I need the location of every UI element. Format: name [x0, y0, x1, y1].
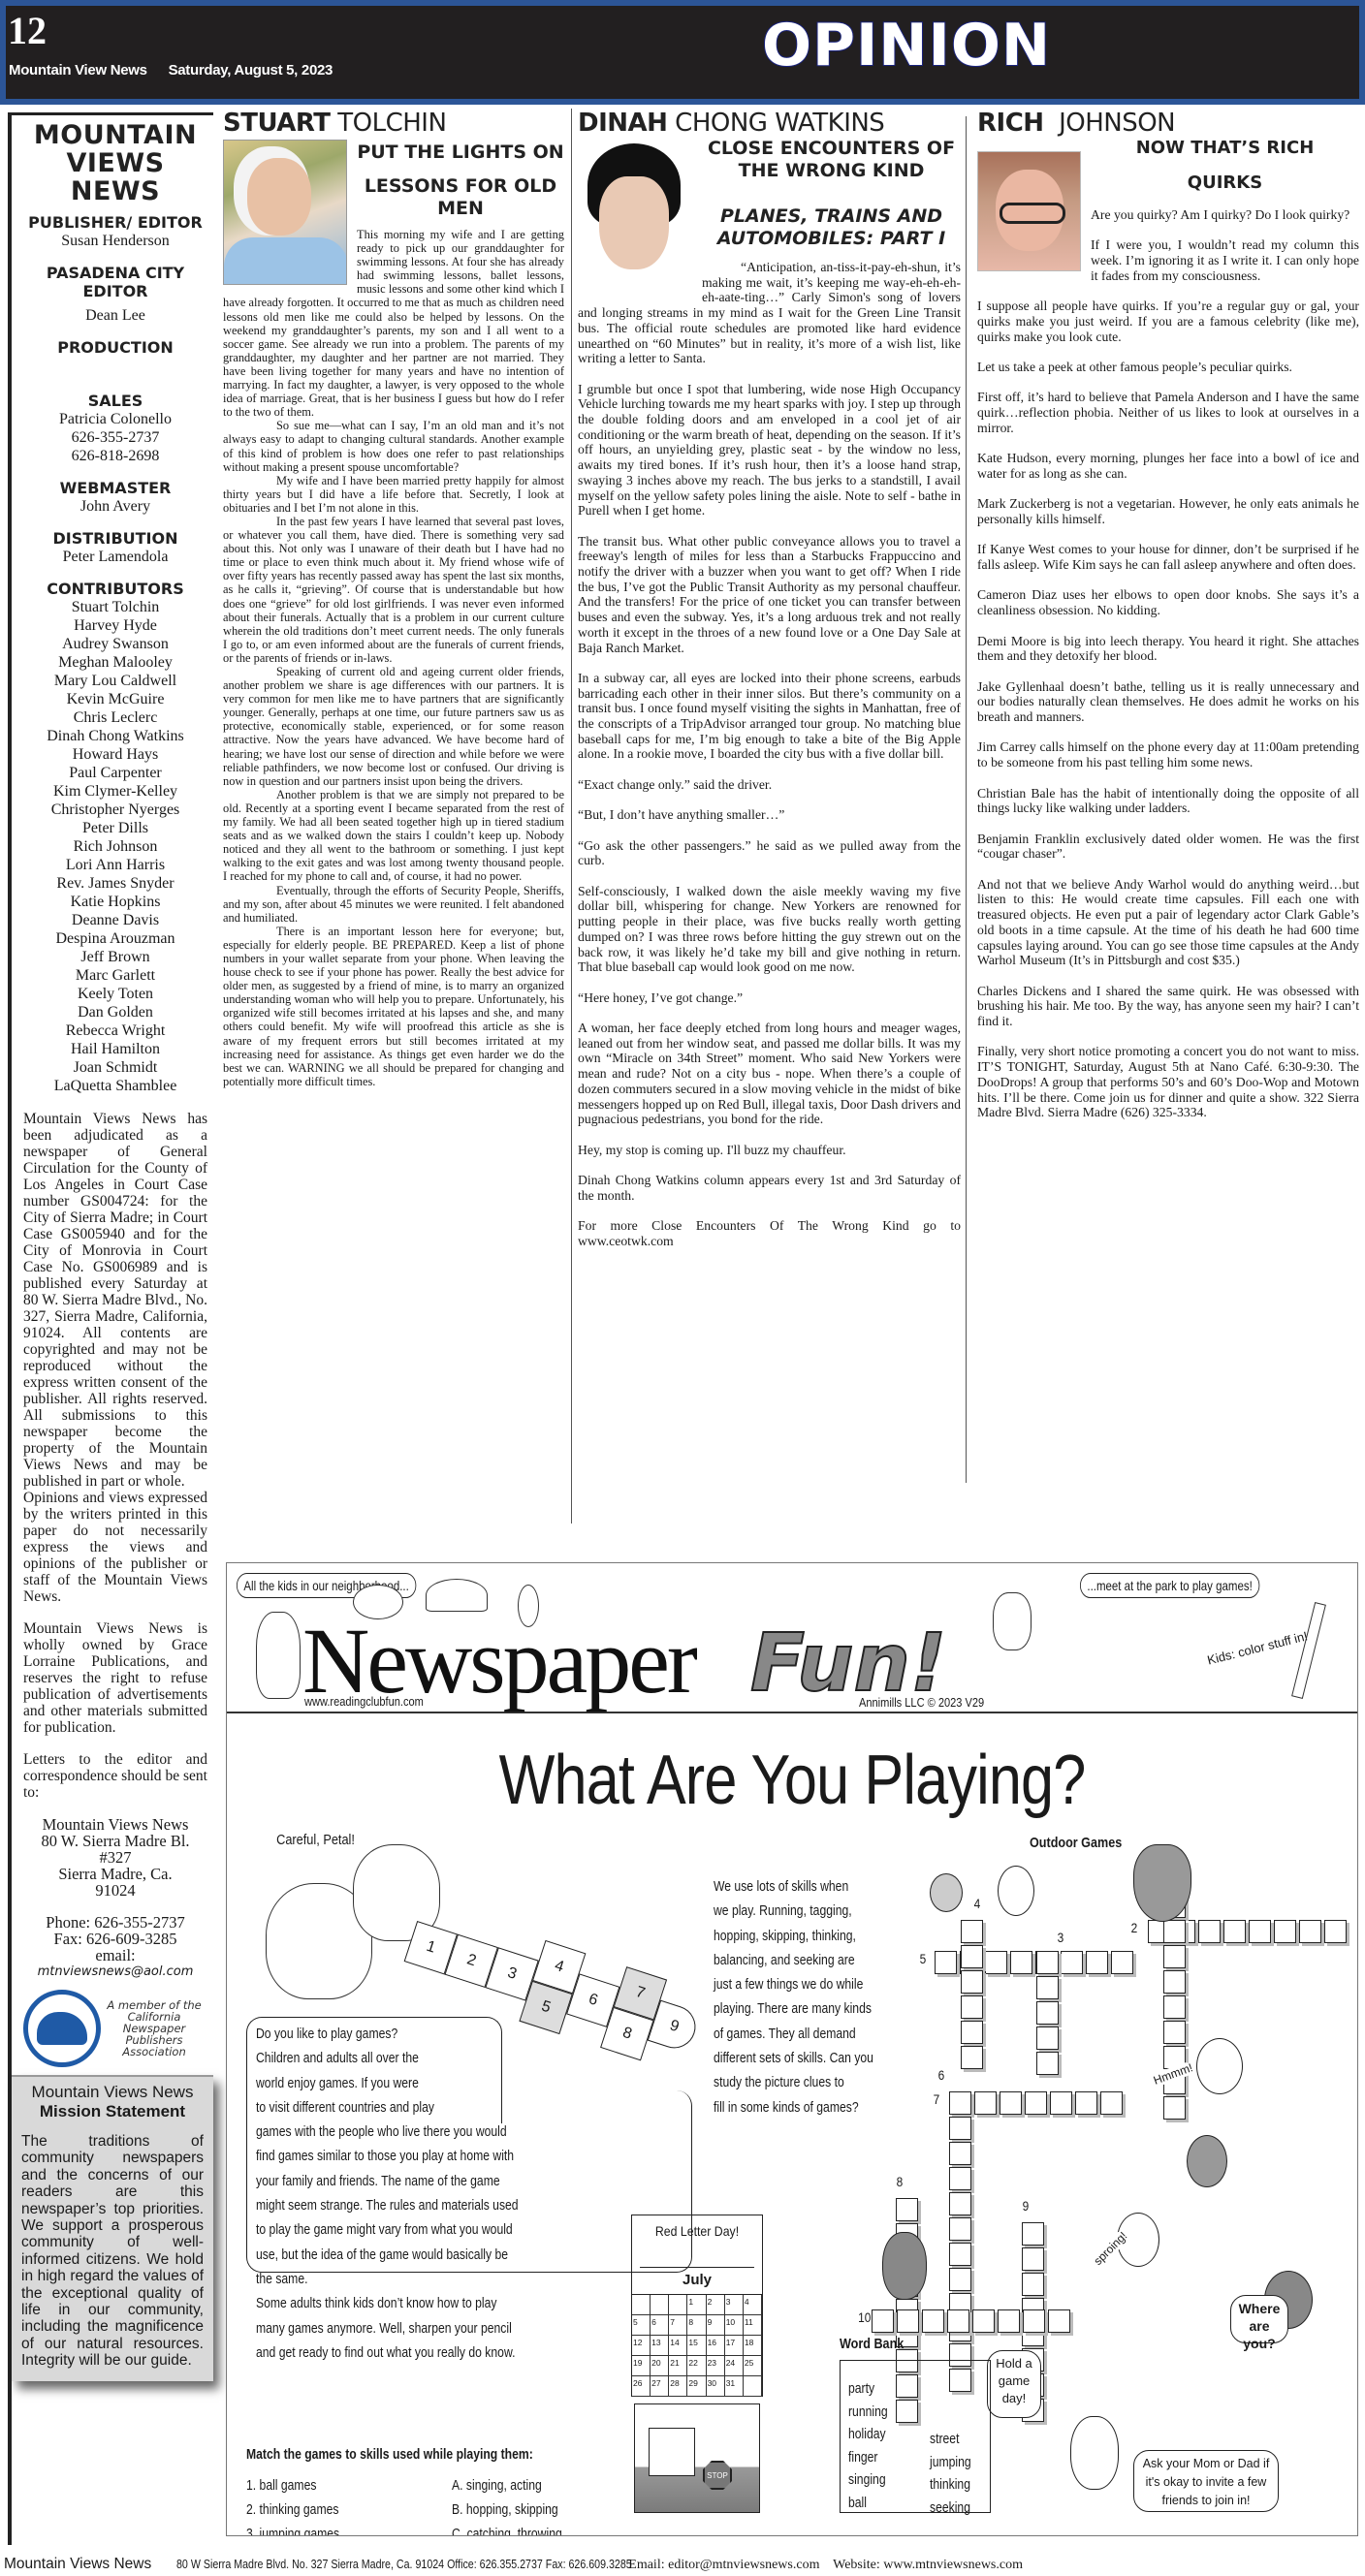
crossword-cell[interactable] [1023, 2309, 1045, 2333]
bird-icon [426, 1579, 488, 1612]
staff-role: WEBMASTER [23, 479, 207, 497]
crossword-cell[interactable] [1061, 1951, 1083, 1974]
paragraph: Jim Carrey calls himself on the phone ev… [977, 739, 1359, 770]
crossword-cell[interactable] [1223, 1920, 1246, 1943]
crossword-cell[interactable] [961, 2046, 983, 2069]
crossword-cell[interactable] [949, 2167, 971, 2190]
word-bank-word: finger [848, 2447, 888, 2470]
word-bank-word: holiday [848, 2424, 888, 2447]
paragraph: I grumble but once I spot that lumbering… [578, 382, 961, 518]
paragraph: Speaking of current old and ageing curre… [223, 665, 564, 788]
word-bank: partyrunningholidayfingersingingball str… [840, 2360, 991, 2513]
address-line: Sierra Madre, Ca. [23, 1866, 207, 1882]
crossword-cell[interactable] [949, 2268, 971, 2291]
paragraph: If Kanye West comes to your house for di… [977, 542, 1359, 572]
calendar-day: 5 [632, 2315, 651, 2336]
house-icon [649, 2428, 695, 2476]
calendar-day: 24 [725, 2356, 744, 2376]
match-skill: B. hopping, skipping [452, 2498, 581, 2523]
calendar-day [669, 2295, 687, 2315]
paragraph: Benjamin Franklin exclusively dated olde… [977, 832, 1359, 862]
title-line: NEWS [23, 177, 207, 205]
calendar-day: 20 [651, 2356, 669, 2376]
contributor-name: Despina Arouzman [23, 929, 207, 948]
crossword-cell[interactable] [974, 2091, 997, 2115]
crossword-cell[interactable] [922, 2309, 944, 2333]
contributor-name: Howard Hays [23, 745, 207, 764]
paragraph: And not that we believe Andy Warhol woul… [977, 877, 1359, 968]
calendar-day [651, 2295, 669, 2315]
crossword-cell[interactable] [1163, 1970, 1186, 1994]
crossword-cell[interactable] [872, 2309, 894, 2333]
paragraph: In the past few years I have learned tha… [223, 515, 564, 665]
contributor-name: Katie Hopkins [23, 893, 207, 911]
crossword-cell[interactable] [897, 2309, 919, 2333]
skills-text: We use lots of skills whenwe play. Runni… [714, 1875, 915, 2120]
marble-ball-icon [930, 1873, 963, 1912]
intro-line: games with the people who live there you… [256, 2120, 620, 2145]
staff-role: SALES [23, 392, 207, 410]
word-bank-word: running [848, 2402, 888, 2425]
cnpa-membership: A member of the California Newspaper Pub… [23, 1990, 207, 2067]
running-bear-icon [882, 2232, 927, 2300]
calendar-day: 25 [744, 2356, 762, 2376]
contributor-name: Christopher Nyerges [23, 801, 207, 819]
contributor-name: Marc Garlett [23, 966, 207, 985]
calendar-day: 9 [707, 2315, 725, 2336]
paragraph: I suppose all people have quirks. If you… [977, 298, 1359, 344]
crossword-cell[interactable] [1010, 1951, 1032, 1974]
legal-paragraph: Mountain Views News has been adjudicated… [23, 1111, 207, 1490]
email-label: email: [23, 1947, 207, 1963]
calendar-day: 27 [651, 2376, 669, 2397]
crossword-cell[interactable] [1163, 1920, 1186, 1943]
fun-banner: All the kids in our neighborhood... ...m… [227, 1563, 1357, 1713]
staff-role: DISTRIBUTION [23, 529, 207, 548]
crossword-clue-number: 2 [1131, 1920, 1138, 1935]
word-bank-word: seeking [930, 2497, 971, 2521]
staff-name: John Avery [23, 497, 207, 516]
thinking-kid-icon [1196, 2038, 1243, 2094]
calendar-header: Red Letter Day! [640, 2215, 754, 2268]
calendar-day: 10 [725, 2315, 744, 2336]
article-body: “Anticipation, an-tiss-it-pay-eh-shun, i… [578, 260, 961, 1249]
paragraph: First off, it’s hard to believe that Pam… [977, 390, 1359, 435]
crossword-cell[interactable] [985, 1951, 1007, 1974]
byline: STUART TOLCHIN [223, 109, 564, 138]
speech-bubble-right: ...meet at the park to play games! [1080, 1573, 1259, 1598]
match-game: 1. ball games [246, 2474, 339, 2498]
contributor-name: LaQuetta Shamblee [23, 1077, 207, 1095]
calendar-day [632, 2295, 651, 2315]
paragraph: My wife and I have been married pretty h… [223, 474, 564, 515]
crossword-cell[interactable] [1163, 2021, 1186, 2044]
crossword-cell[interactable] [949, 2243, 971, 2266]
word-bank-col-2: streetjumpingthinkingseeking [930, 2429, 979, 2520]
calendar-day: 2 [707, 2295, 725, 2315]
crossword-cell[interactable] [1036, 2026, 1059, 2050]
crossword-cell[interactable] [1163, 1945, 1186, 1968]
intro-speech-box: Do you like to play games?Children and a… [246, 2017, 702, 2201]
contributor-name: Rebecca Wright [23, 1021, 207, 1040]
intro-line: Do you like to play games? [256, 2023, 620, 2047]
footer-address: 80 W Sierra Madre Blvd. No. 327 Sierra M… [176, 2555, 632, 2574]
where-are-you-bubble: Where are you? [1230, 2295, 1288, 2343]
crossword-cell[interactable] [1022, 2273, 1044, 2296]
paragraph: A woman, her face deeply etched from lon… [578, 1021, 961, 1127]
crossword-cell[interactable] [1163, 2096, 1186, 2120]
author-photo [578, 140, 692, 298]
contributor-name: Dinah Chong Watkins [23, 727, 207, 745]
crossword-cell[interactable] [1086, 1951, 1108, 1974]
crossword-cell[interactable] [1198, 1920, 1221, 1943]
intro-line: find games similar to those you play at … [256, 2145, 620, 2169]
legal-paragraph: Letters to the editor and correspondence… [23, 1751, 207, 1801]
crossword-cell[interactable] [949, 2091, 971, 2115]
masthead-line: Mountain View News Saturday, August 5, 2… [9, 62, 350, 79]
contributor-name: Mary Lou Caldwell [23, 672, 207, 690]
intro-line: might seem strange. The rules and materi… [256, 2194, 620, 2218]
crossword-clue-number: 3 [1058, 1930, 1064, 1945]
paragraph: Mark Zuckerberg is not a vegetarian. How… [977, 496, 1359, 526]
intro-line: to play the game might vary from what yo… [256, 2218, 620, 2243]
page-footer: Mountain Views News 80 W Sierra Madre Bl… [0, 2555, 1365, 2576]
staff-name: Patricia Colonello [23, 410, 207, 428]
legal-paragraph: Mountain Views News is wholly owned by G… [23, 1620, 207, 1736]
crossword-cell[interactable] [961, 2021, 983, 2044]
calendar-day: 6 [651, 2315, 669, 2336]
stop-sign-icon: STOP [703, 2461, 732, 2490]
footer-email[interactable]: Email: editor@mtnviewsnews.com [628, 2558, 819, 2572]
crossword-cell[interactable] [1022, 2247, 1044, 2271]
calendar-day: 17 [725, 2336, 744, 2356]
calendar-day: 21 [669, 2356, 687, 2376]
article-body: Are you quirky? Am I quirky? Do I look q… [977, 207, 1359, 1120]
sidebar-title: MOUNTAIN VIEWS NEWS [23, 121, 207, 205]
intro-line: many games anymore. Well, sharpen your p… [256, 2317, 620, 2341]
calendar-day: 26 [632, 2376, 651, 2397]
calendar-day: 12 [632, 2336, 651, 2356]
mission-subtitle: Mountain Views News [21, 2083, 204, 2102]
match-game: 3. jumping games [246, 2523, 339, 2536]
staff-name: Susan Henderson [23, 232, 207, 250]
armadillo-bottom-icon [1070, 2416, 1119, 2490]
contributor-name: Meghan Malooley [23, 653, 207, 672]
paragraph: Cameron Diaz uses her elbows to open doo… [977, 587, 1359, 617]
paragraph: The transit bus. What other public conve… [578, 534, 961, 656]
crossword-cell[interactable] [949, 2217, 971, 2241]
byline-last: JOHNSON [1059, 109, 1175, 138]
skills-line: We use lots of skills when [714, 1875, 883, 1900]
calendar-day: 31 [725, 2376, 744, 2397]
contributor-name: Audrey Swanson [23, 635, 207, 653]
paragraph: Christian Bale has the habit of intentio… [977, 786, 1359, 816]
crossword-cell[interactable] [1274, 1920, 1296, 1943]
calendar-day: 1 [687, 2295, 706, 2315]
crossword-cell[interactable] [1036, 2001, 1059, 2025]
crossword-cell[interactable] [961, 1945, 983, 1968]
match-skill: A. singing, acting [452, 2474, 581, 2498]
phone-number: Phone: 626-355-2737 [23, 1914, 207, 1931]
crossword-cell[interactable] [961, 1970, 983, 1994]
paragraph: “Here honey, I’ve got change.” [578, 990, 961, 1006]
article-rich-johnson: RICH JOHNSON NOW THAT’S RICH QUIRKS Are … [977, 109, 1359, 1136]
byline: RICH JOHNSON [977, 109, 1359, 138]
rabbit-icon [1133, 1844, 1191, 1922]
contributor-name: Joan Schmidt [23, 1058, 207, 1077]
contributor-name: Keely Toten [23, 985, 207, 1003]
crossword-clue-number: 6 [938, 2067, 945, 2083]
column-divider [571, 109, 572, 1524]
balloon-icon [1187, 2135, 1227, 2187]
calendar-day: 8 [687, 2315, 706, 2336]
paragraph: Charles Dickens and I shared the same qu… [977, 984, 1359, 1029]
hold-game-day-bubble: Hold a game day! [987, 2350, 1041, 2418]
word-bank-word: party [848, 2378, 888, 2402]
byline-last: TOLCHIN [337, 109, 446, 138]
puzzle-title: What Are You Playing? [311, 1745, 1272, 1815]
word-bank-col-1: partyrunningholidayfingersingingball [848, 2378, 895, 2515]
intro-line: the same. [256, 2268, 620, 2292]
calendar-day: 30 [707, 2376, 725, 2397]
deer-icon [993, 1592, 1032, 1650]
crossword-cell[interactable] [1036, 2052, 1059, 2075]
crossword-cell[interactable] [1100, 2091, 1123, 2115]
address-line: 91024 [23, 1882, 207, 1899]
staff-role: PRODUCTION [23, 338, 207, 357]
column-divider [966, 116, 967, 1483]
byline-last: CHONG WATKINS [675, 109, 884, 138]
staff-name: Peter Lamendola [23, 548, 207, 566]
legal-paragraph: Opinions and views expressed by the writ… [23, 1490, 207, 1605]
contributor-name: Peter Dills [23, 819, 207, 837]
word-bank-word: thinking [930, 2474, 971, 2497]
match-game: 2. thinking games [246, 2498, 339, 2523]
word-bank-word: jumping [930, 2452, 971, 2475]
intro-line: Children and adults all over the [256, 2047, 620, 2071]
intro-line: and get ready to find out what you reall… [256, 2341, 620, 2366]
calendar-day: 18 [744, 2336, 762, 2356]
byline-first: STUART [223, 109, 330, 138]
crossword-cell[interactable] [1022, 2222, 1044, 2246]
match-games-list: 1. ball games 2. thinking games 3. jumpi… [246, 2474, 357, 2536]
calendar-day: 15 [687, 2336, 706, 2356]
calendar-day: 11 [744, 2315, 762, 2336]
kids-color-note: Kids: color stuff in! [1206, 1628, 1309, 1667]
crossword-cell[interactable] [935, 1951, 957, 1974]
word-bank-word: ball [848, 2493, 888, 2516]
paragraph: “But, I don’t have anything smaller…” [578, 807, 961, 823]
crossword-cell[interactable] [949, 2192, 971, 2215]
crossword-cell[interactable] [961, 1920, 983, 1943]
intro-line: use, but the idea of the game would basi… [256, 2244, 620, 2268]
calendar-day: 14 [669, 2336, 687, 2356]
crossword-cell[interactable] [1036, 1951, 1059, 1974]
careful-caption: Careful, Petal! [276, 1830, 355, 1851]
contributor-name: Hail Hamilton [23, 1040, 207, 1058]
skills-line: study the picture clues to [714, 2071, 883, 2095]
page-header: 12 Mountain View News Saturday, August 5… [0, 0, 1365, 105]
crossword-cell[interactable] [947, 2309, 969, 2333]
skills-line: just a few things we do while [714, 1973, 883, 1997]
skills-line: we play. Running, tagging, [714, 1900, 883, 1924]
intro-text: Do you like to play games?Children and a… [256, 2023, 690, 2366]
title-line: MOUNTAIN [23, 121, 207, 149]
staff-role: PASADENA CITY EDITOR [23, 264, 207, 300]
paragraph: “Exact change only.” said the driver. [578, 777, 961, 793]
contributor-name: Paul Carpenter [23, 764, 207, 782]
basketball-icon [998, 1866, 1034, 1916]
paragraph: Demi Moore is big into leech therapy. Yo… [977, 634, 1359, 664]
match-skill: C. catching, throwing [452, 2523, 581, 2536]
crossword-cell[interactable] [1050, 2091, 1072, 2115]
calendar-month: July [632, 2268, 762, 2295]
newspaper-fun-puzzle: All the kids in our neighborhood... ...m… [226, 1562, 1358, 2536]
staff-sidebar: MOUNTAIN VIEWS NEWS PUBLISHER/ EDITOR Su… [8, 112, 213, 2545]
paragraph: In a subway car, all eyes are locked int… [578, 671, 961, 762]
crossword-cell[interactable] [1025, 2091, 1047, 2115]
crossword-cell[interactable] [949, 2117, 971, 2140]
contributor-name: Dan Golden [23, 1003, 207, 1021]
byline-first: DINAH [578, 109, 667, 138]
staff-role: CONTRIBUTORS [23, 580, 207, 598]
contributor-name: Kim Clymer-Kelley [23, 782, 207, 801]
calendar-day: 29 [687, 2376, 706, 2397]
paragraph: Self-consciously, I walked down the aisl… [578, 884, 961, 975]
contributor-name: Jeff Brown [23, 948, 207, 966]
intro-line: your family and friends. The name of the… [256, 2170, 620, 2194]
mission-statement-box: Mountain Views News Mission Statement Th… [12, 2075, 213, 2381]
street-scene: STOP [634, 2403, 760, 2513]
crossword-cell[interactable] [1249, 1920, 1271, 1943]
contributor-name: Rev. James Snyder [23, 874, 207, 893]
crossword-cell[interactable] [1075, 2091, 1097, 2115]
calendar-day: 13 [651, 2336, 669, 2356]
crossword-clue-number: 10 [858, 2309, 871, 2325]
fax-number: Fax: 626-609-3285 [23, 1931, 207, 1947]
contributor-name: Rich Johnson [23, 837, 207, 856]
paragraph: “Go ask the other passengers.” he said a… [578, 838, 961, 868]
calendar-day: 16 [707, 2336, 725, 2356]
word-bank-word: street [930, 2429, 971, 2452]
byline-first: RICH [977, 109, 1044, 138]
skills-line: different sets of skills. Can you [714, 2047, 883, 2071]
paragraph: For more Close Encounters Of The Wrong K… [578, 1218, 961, 1248]
skills-line: hopping, skipping, thinking, [714, 1925, 883, 1949]
contributor-name: Harvey Hyde [23, 616, 207, 635]
crossword-clue-number: 9 [1023, 2198, 1030, 2214]
crossword-clue-number: 4 [974, 1896, 981, 1911]
contributor-name: Lori Ann Harris [23, 856, 207, 874]
crossword-clue-number: 5 [920, 1951, 927, 1966]
paragraph: There is an important lesson here for ev… [223, 925, 564, 1088]
crossword-cell[interactable] [998, 2309, 1020, 2333]
issue-date: Saturday, August 5, 2023 [169, 62, 333, 79]
skills-line: playing. There are many kinds [714, 1997, 883, 2022]
crossword-cell[interactable] [1036, 1976, 1059, 1999]
crossword-cell[interactable] [972, 2309, 995, 2333]
staff-name: Dean Lee [23, 306, 207, 325]
crossword-cell[interactable] [1111, 1951, 1133, 1974]
ask-parent-bubble: Ask your Mom or Dad if it's okay to invi… [1133, 2450, 1279, 2512]
contributors-list: Stuart TolchinHarvey HydeAudrey SwansonM… [23, 598, 207, 1095]
calendar-grid: 1234567891011121314151617181920212223242… [632, 2295, 762, 2397]
crossword-heading: Outdoor Games [1030, 1835, 1122, 1851]
article-body: This morning my wife and I are getting r… [223, 228, 564, 1088]
fun-copyright: Annimills LLC © 2023 V29 [859, 1695, 984, 1710]
contributor-name: Chris Leclerc [23, 708, 207, 727]
cnpa-text: A member of the California Newspaper Pub… [101, 1999, 207, 2058]
crossword-cell[interactable] [1299, 1920, 1321, 1943]
crossword-cell[interactable] [1324, 1920, 1347, 1943]
crossword-clue-number: 8 [897, 2174, 904, 2189]
calendar-day: 3 [725, 2295, 744, 2315]
mission-body: The traditions of community newspapers a… [21, 2133, 204, 2370]
crossword-clue-number: 7 [934, 2091, 940, 2107]
pencil-icon [1291, 1602, 1326, 1699]
title-line: VIEWS [23, 149, 207, 177]
paragraph: Another problem is that we are simply no… [223, 788, 564, 884]
match-heading: Match the games to skills used while pla… [246, 2447, 533, 2463]
crossword-cell[interactable] [1048, 2309, 1070, 2333]
skills-line: fill in some kinds of games? [714, 2096, 883, 2120]
skills-line: of games. They all demand [714, 2023, 883, 2047]
word-bank-heading: Word Bank [840, 2336, 904, 2352]
crossword-cell[interactable] [1163, 1995, 1186, 2019]
word-bank-word: singing [848, 2469, 888, 2493]
paragraph: Kate Hudson, every morning, plunges her … [977, 451, 1359, 481]
skills-line: balancing, and seeking are [714, 1949, 883, 1973]
footer-publication: Mountain Views News [4, 2556, 151, 2572]
crossword-cell[interactable] [1000, 2091, 1022, 2115]
calendar-day: 7 [669, 2315, 687, 2336]
paragraph: Let us take a peek at other famous peopl… [977, 360, 1359, 375]
fun-url[interactable]: www.readingclubfun.com [304, 1694, 424, 1709]
legal-notice: Mountain Views News has been adjudicated… [23, 1111, 207, 1801]
contributor-name: Kevin McGuire [23, 690, 207, 708]
article-dinah-chong-watkins: DINAH CHONG WATKINS CLOSE ENCOUNTERS OF … [578, 109, 961, 1264]
paragraph: Dinah Chong Watkins column appears every… [578, 1173, 961, 1203]
cnpa-bear-logo-icon [23, 1990, 101, 2067]
email-link[interactable]: mtnviewsnews@aol.com [23, 1963, 207, 1980]
crossword-cell[interactable] [896, 2198, 918, 2221]
article-stuart-tolchin: STUART TOLCHIN PUT THE LIGHTS ON LESSONS… [223, 109, 564, 1088]
page-number: 12 [8, 8, 47, 53]
crossword-cell[interactable] [961, 1995, 983, 2019]
calendar-day: 28 [669, 2376, 687, 2397]
bear-icon [256, 1612, 301, 1699]
crossword-cell[interactable] [949, 2142, 971, 2165]
author-photo [223, 140, 347, 285]
address-line: Mountain Views News [23, 1816, 207, 1833]
contributor-name: Stuart Tolchin [23, 598, 207, 616]
calendar-day: 4 [744, 2295, 762, 2315]
paragraph: Finally, very short notice promoting a c… [977, 1044, 1359, 1120]
paragraph: So sue me—what can I say, I’m an old man… [223, 419, 564, 473]
staff-phone: 626-355-2737 [23, 428, 207, 447]
address-line: #327 [23, 1849, 207, 1866]
mission-title: Mission Statement [21, 2102, 204, 2121]
staff-role: PUBLISHER/ EDITOR [23, 213, 207, 232]
calendar-day [744, 2376, 762, 2397]
match-skills-list: A. singing, acting B. hopping, skipping … [452, 2474, 606, 2536]
intro-line: world enjoy games. If you were [256, 2072, 620, 2096]
header-bar: 12 Mountain View News Saturday, August 5… [6, 6, 1359, 99]
footer-website[interactable]: Website: www.mtnviewsnews.com [833, 2558, 1023, 2572]
paragraph: Eventually, through the efforts of Secur… [223, 884, 564, 925]
red-letter-calendar: Red Letter Day! July 1234567891011121314… [631, 2215, 763, 2397]
newspaper-logo: Newspaper [302, 1618, 695, 1705]
